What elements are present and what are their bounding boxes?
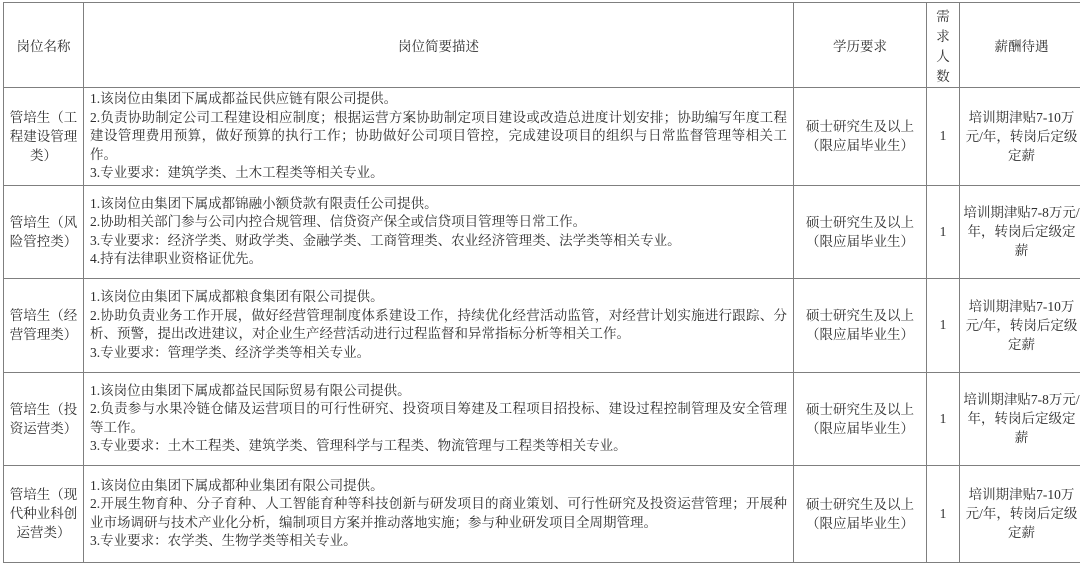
education-requirement: 硕士研究生及以上（限应届毕业生） [794, 185, 927, 278]
education-requirement: 硕士研究生及以上（限应届毕业生） [794, 372, 927, 465]
headcount: 1 [927, 88, 960, 186]
headcount: 1 [927, 185, 960, 278]
position-description: 1.该岗位由集团下属成都种业集团有限公司提供。 2.开展生物育种、分子育种、人工… [84, 465, 794, 562]
table-row: 管培生（经营管理类） 1.该岗位由集团下属成都粮食集团有限公司提供。 2.协助负… [4, 278, 1080, 372]
education-requirement: 硕士研究生及以上（限应届毕业生） [794, 88, 927, 186]
position-name: 管培生（投资运营类） [4, 372, 84, 465]
description-line: 1.该岗位由集团下属成都锦融小额贷款有限责任公司提供。 [90, 195, 787, 214]
position-name: 管培生（经营管理类） [4, 278, 84, 372]
description-line: 2.负责协助制定公司工程建设相应制度；根据运营方案协助制定项目建设或改造总进度计… [90, 109, 787, 165]
header-position: 岗位名称 [4, 3, 84, 88]
description-line: 3.专业要求：建筑学类、土木工程类等相关专业。 [90, 164, 787, 183]
header-description: 岗位简要描述 [84, 3, 794, 88]
position-description: 1.该岗位由集团下属成都粮食集团有限公司提供。 2.协助负责业务工作开展，做好经… [84, 278, 794, 372]
position-description: 1.该岗位由集团下属成都锦融小额贷款有限责任公司提供。 2.协助相关部门参与公司… [84, 185, 794, 278]
table-row: 管培生（工程建设管理类） 1.该岗位由集团下属成都益民供应链有限公司提供。 2.… [4, 88, 1080, 186]
header-salary: 薪酬待遇 [960, 3, 1080, 88]
recruitment-table-page: 岗位名称 岗位简要描述 学历要求 需求人数 薪酬待遇 管培生（工程建设管理类） … [0, 0, 1080, 522]
description-line: 3.专业要求：经济学类、财政学类、金融学类、工商管理类、农业经济管理类、法学类等… [90, 232, 787, 251]
description-line: 2.负责参与水果冷链仓储及运营项目的可行性研究、投资项目筹建及工程项目招投标、建… [90, 400, 787, 437]
salary: 培训期津贴7-10万元/年，转岗后定级定薪 [960, 278, 1080, 372]
education-requirement: 硕士研究生及以上（限应届毕业生） [794, 465, 927, 562]
header-headcount: 需求人数 [927, 3, 960, 88]
description-line: 1.该岗位由集团下属成都益民国际贸易有限公司提供。 [90, 382, 787, 401]
position-name: 管培生（现代种业科创运营类） [4, 465, 84, 562]
description-line: 3.专业要求：管理学类、经济学类等相关专业。 [90, 344, 787, 363]
position-name: 管培生（风险管控类） [4, 185, 84, 278]
headcount: 1 [927, 465, 960, 562]
description-line: 4.持有法律职业资格证优先。 [90, 250, 787, 269]
table-header-row: 岗位名称 岗位简要描述 学历要求 需求人数 薪酬待遇 [4, 3, 1080, 88]
headcount: 1 [927, 372, 960, 465]
table-row: 管培生（现代种业科创运营类） 1.该岗位由集团下属成都种业集团有限公司提供。 2… [4, 465, 1080, 562]
description-line: 1.该岗位由集团下属成都粮食集团有限公司提供。 [90, 288, 787, 307]
table-row: 管培生（风险管控类） 1.该岗位由集团下属成都锦融小额贷款有限责任公司提供。 2… [4, 185, 1080, 278]
description-line: 2.协助相关部门参与公司内控合规管理、信贷资产保全或信贷项目管理等日常工作。 [90, 213, 787, 232]
description-line: 3.专业要求：农学类、生物学类等相关专业。 [90, 532, 787, 551]
education-requirement: 硕士研究生及以上（限应届毕业生） [794, 278, 927, 372]
position-description: 1.该岗位由集团下属成都益民国际贸易有限公司提供。 2.负责参与水果冷链仓储及运… [84, 372, 794, 465]
description-line: 3.专业要求：土木工程类、建筑学类、管理科学与工程类、物流管理与工程类等相关专业… [90, 437, 787, 456]
description-line: 1.该岗位由集团下属成都益民供应链有限公司提供。 [90, 90, 787, 109]
table-row: 管培生（投资运营类） 1.该岗位由集团下属成都益民国际贸易有限公司提供。 2.负… [4, 372, 1080, 465]
salary: 培训期津贴7-10万元/年，转岗后定级定薪 [960, 465, 1080, 562]
headcount: 1 [927, 278, 960, 372]
description-line: 2.开展生物育种、分子育种、人工智能育种等科技创新与研发项目的商业策划、可行性研… [90, 495, 787, 532]
salary: 培训期津贴7-8万元/年，转岗后定级定薪 [960, 372, 1080, 465]
header-education: 学历要求 [794, 3, 927, 88]
salary: 培训期津贴7-8万元/年，转岗后定级定薪 [960, 185, 1080, 278]
job-positions-table: 岗位名称 岗位简要描述 学历要求 需求人数 薪酬待遇 管培生（工程建设管理类） … [3, 2, 1080, 563]
description-line: 1.该岗位由集团下属成都种业集团有限公司提供。 [90, 477, 787, 496]
description-line: 2.协助负责业务工作开展，做好经营管理制度体系建设工作，持续优化经营活动监管，对… [90, 307, 787, 344]
position-name: 管培生（工程建设管理类） [4, 88, 84, 186]
salary: 培训期津贴7-10万元/年，转岗后定级定薪 [960, 88, 1080, 186]
position-description: 1.该岗位由集团下属成都益民供应链有限公司提供。 2.负责协助制定公司工程建设相… [84, 88, 794, 186]
